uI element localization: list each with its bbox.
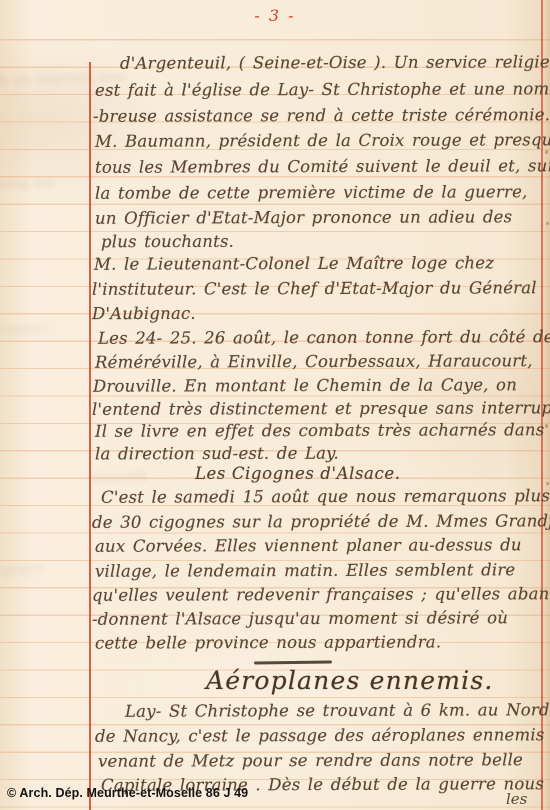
manuscript-line: l'entend très distinctement et presque s… xyxy=(92,398,550,419)
manuscript-page-scan: une journée de deuil les premiers canonn… xyxy=(0,0,550,810)
manuscript-line: D'Aubignac. xyxy=(92,304,196,323)
manuscript-line: M. Baumann, président de la Croix rouge … xyxy=(95,130,550,151)
manuscript-line: Il se livre en effet des combats très ac… xyxy=(95,420,544,441)
manuscript-line: Drouville. En montant le Chemin de la Ca… xyxy=(93,375,517,395)
page-number: - 3 - xyxy=(0,6,550,25)
manuscript-line: -breuse assistance se rend à cette trist… xyxy=(93,105,550,126)
manuscript-line: qu'elles veulent redevenir françaises ; … xyxy=(92,584,550,605)
manuscript-line: de 30 cigognes sur la propriété de M. Mm… xyxy=(92,511,550,532)
manuscript-line: cette belle province nous appartiendra. xyxy=(95,632,441,652)
manuscript-line: plus touchants. xyxy=(101,232,234,251)
bleed-through-mark: les premiers xyxy=(0,173,55,194)
bleed-through-mark: canonnade xyxy=(0,319,48,340)
manuscript-line: village, le lendemain matin. Elles sembl… xyxy=(95,560,515,580)
manuscript-line: l'instituteur. C'est le Chef d'Etat-Majo… xyxy=(92,278,537,299)
manuscript-line: un Officier d'Etat-Major prononce un adi… xyxy=(95,207,512,227)
catchword: les xyxy=(506,790,527,808)
manuscript-line: Réméréville, à Einville, Courbessaux, Ha… xyxy=(95,351,533,372)
manuscript-line: C'est le samedi 15 août que nous remarqu… xyxy=(101,486,550,507)
manuscript-line: de Nancy, c'est le passage des aéroplane… xyxy=(95,725,545,746)
ink-speck xyxy=(546,222,549,225)
manuscript-line: Les 24- 25. 26 août, le canon tonne fort… xyxy=(98,327,550,348)
manuscript-line: tous les Membres du Comité suivent le de… xyxy=(95,156,550,177)
red-margin-line xyxy=(89,62,91,810)
manuscript-line: la direction sud-est. de Lay. xyxy=(95,444,339,464)
manuscript-line: venant de Metz pour se rendre dans notre… xyxy=(98,750,523,770)
ink-speck xyxy=(545,424,548,428)
manuscript-line: M. le Lieutenant-Colonel Le Maître loge … xyxy=(94,253,494,273)
section-heading-aeroplanes: Aéroplanes ennemis. xyxy=(206,666,494,695)
ink-speck xyxy=(545,150,548,154)
bleed-through-mark: cigognes xyxy=(0,559,43,579)
manuscript-line: -donnent l'Alsace jusqu'au moment si dés… xyxy=(92,608,508,628)
manuscript-line: la tombe de cette première victime de la… xyxy=(95,182,528,203)
manuscript-line: d'Argenteuil, ( Seine-et-Oise ). Un serv… xyxy=(120,52,550,73)
manuscript-line: Lay- St Christophe se trouvant à 6 km. a… xyxy=(125,700,550,720)
section-heading-cigognes: Les Cigognes d'Alsace. xyxy=(195,464,401,483)
ink-speck xyxy=(546,482,549,485)
archive-stamp: © Arch. Dép. Meurthe-et-Moselle 86 J 49 xyxy=(7,786,248,800)
manuscript-line: aux Corvées. Elles viennent planer au-de… xyxy=(95,535,522,555)
manuscript-line: est fait à l'église de Lay- St Christoph… xyxy=(95,79,550,100)
bleed-through-mark: Blessés xyxy=(90,467,147,487)
